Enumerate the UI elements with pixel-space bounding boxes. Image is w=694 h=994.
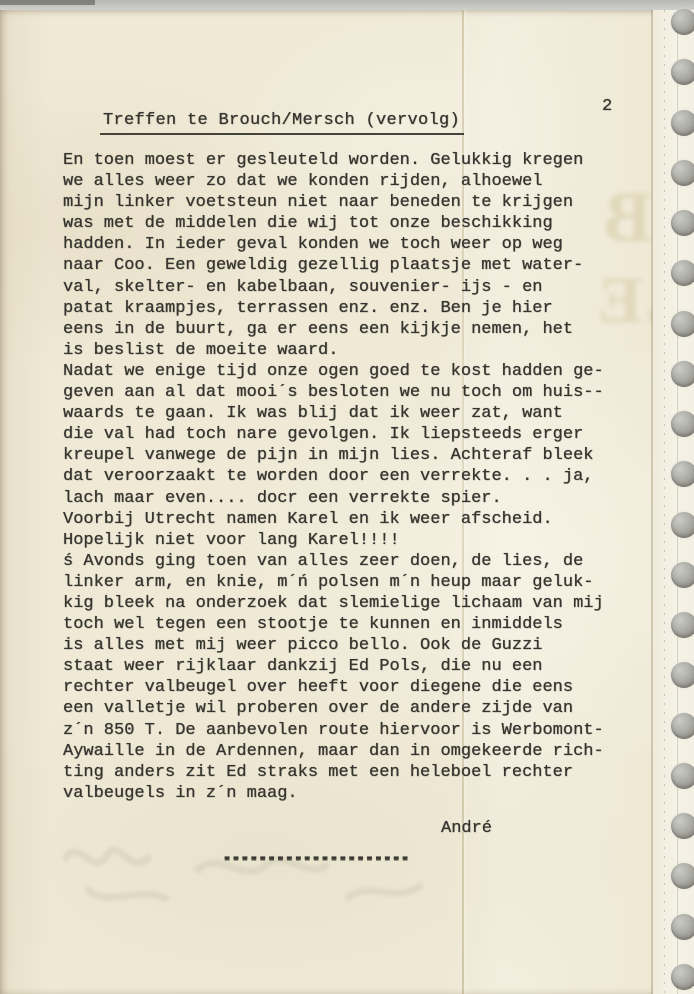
body-text-line: staat weer rijklaar dankzij Ed Pols, die… [63,656,648,677]
binder-hole [671,763,694,789]
binder-hole [671,863,694,889]
body-text-line: die val had toch nare gevolgen. Ik lieps… [63,424,648,445]
binder-hole [671,260,694,286]
body-text-line: lach maar even.... docr een verrekte spi… [63,488,648,509]
body-text-line: En toen moest er gesleuteld worden. Gelu… [63,150,648,171]
body-text-line: waards te gaan. Ik was blij dat ik weer … [63,403,648,424]
body-text-line: kreupel vanwege de pijn in mijn lies. Ac… [63,445,648,466]
body-text-line: ting anders zit Ed straks met een helebo… [63,762,648,783]
body-text-line: Voorbij Utrecht namen Karel en ik weer a… [63,509,648,530]
binder-hole [671,964,694,990]
body-text-line: eens in de buurt, ga er eens een kijkje … [63,319,648,340]
binder-hole [671,512,694,538]
binder-hole [671,461,694,487]
binder-hole [671,160,694,186]
body-text-line: een valletje wil proberen over de andere… [63,698,648,719]
body-text-line: is alles met mij weer picco bello. Ook d… [63,635,648,656]
binder-hole [671,59,694,85]
body-text-line: is beslist de moeite waard. [63,340,648,361]
binder-hole [671,713,694,739]
signature: André [441,819,492,839]
binder-hole [671,813,694,839]
page-title: Treffen te Brouch/Mersch (vervolg) [100,111,464,135]
body-text-line: Aywaille in de Ardennen, maar dan in omg… [63,741,648,762]
body-text-line: rechter valbeugel over heeft voor diegen… [63,677,648,698]
body-text-line: we alles weer zo dat we konden rijden, a… [63,171,648,192]
body-text-line: Hopelijk niet voor lang Karel!!!! [63,530,648,551]
body-text-line: ś Avonds ging toen van alles zeer doen, … [63,551,648,572]
separator-dashes: --------------------- [222,850,409,867]
binder-hole [671,9,694,35]
page-number: 2 [602,98,612,115]
body-text-line: toch wel tegen een stootje te kunnen en … [63,614,648,635]
bleedthrough-handwriting [48,828,448,918]
body-text-line: valbeugels in z´n maag. [63,783,648,804]
body-text-line: hadden. In ieder geval konden we toch we… [63,234,648,255]
scanner-edge-shadow [0,0,95,5]
body-text-line: val, skelter- en kabelbaan, souvenier- i… [63,277,648,298]
body-text-line: z´n 850 T. De aanbevolen route hiervoor … [63,720,648,741]
body-text-line: was met de middelen die wij tot onze bes… [63,213,648,234]
perforation-line [664,10,665,994]
body-text-line: linker arm, en knie, m´ń polsen m´n heup… [63,572,648,593]
binder-hole [671,562,694,588]
body-text-line: geven aan al dat mooi´s besloten we nu t… [63,382,648,403]
binder-hole [671,361,694,387]
binder-hole [671,914,694,940]
body-text: En toen moest er gesleuteld worden. Gelu… [63,150,648,804]
binder-hole [671,662,694,688]
binder-hole [671,612,694,638]
binder-hole [671,311,694,337]
body-text-line: mijn linker voetsteun niet naar beneden … [63,192,648,213]
body-text-line: patat kraampjes, terrassen enz. enz. Ben… [63,298,648,319]
scanned-document-page: B LE 2 Treffen te Brouch/Mersch (vervolg… [0,0,694,994]
body-text-line: naar Coo. Een geweldig gezellig plaatsje… [63,255,648,276]
binder-hole [671,411,694,437]
binder-hole [671,110,694,136]
binder-holes [671,10,694,994]
body-text-line: Nadat we enige tijd onze ogen goed te ko… [63,361,648,382]
body-text-line: dat veroorzaakt te worden door een verre… [63,466,648,487]
binder-hole [671,210,694,236]
body-text-line: kig bleek na onderzoek dat slemielige li… [63,593,648,614]
